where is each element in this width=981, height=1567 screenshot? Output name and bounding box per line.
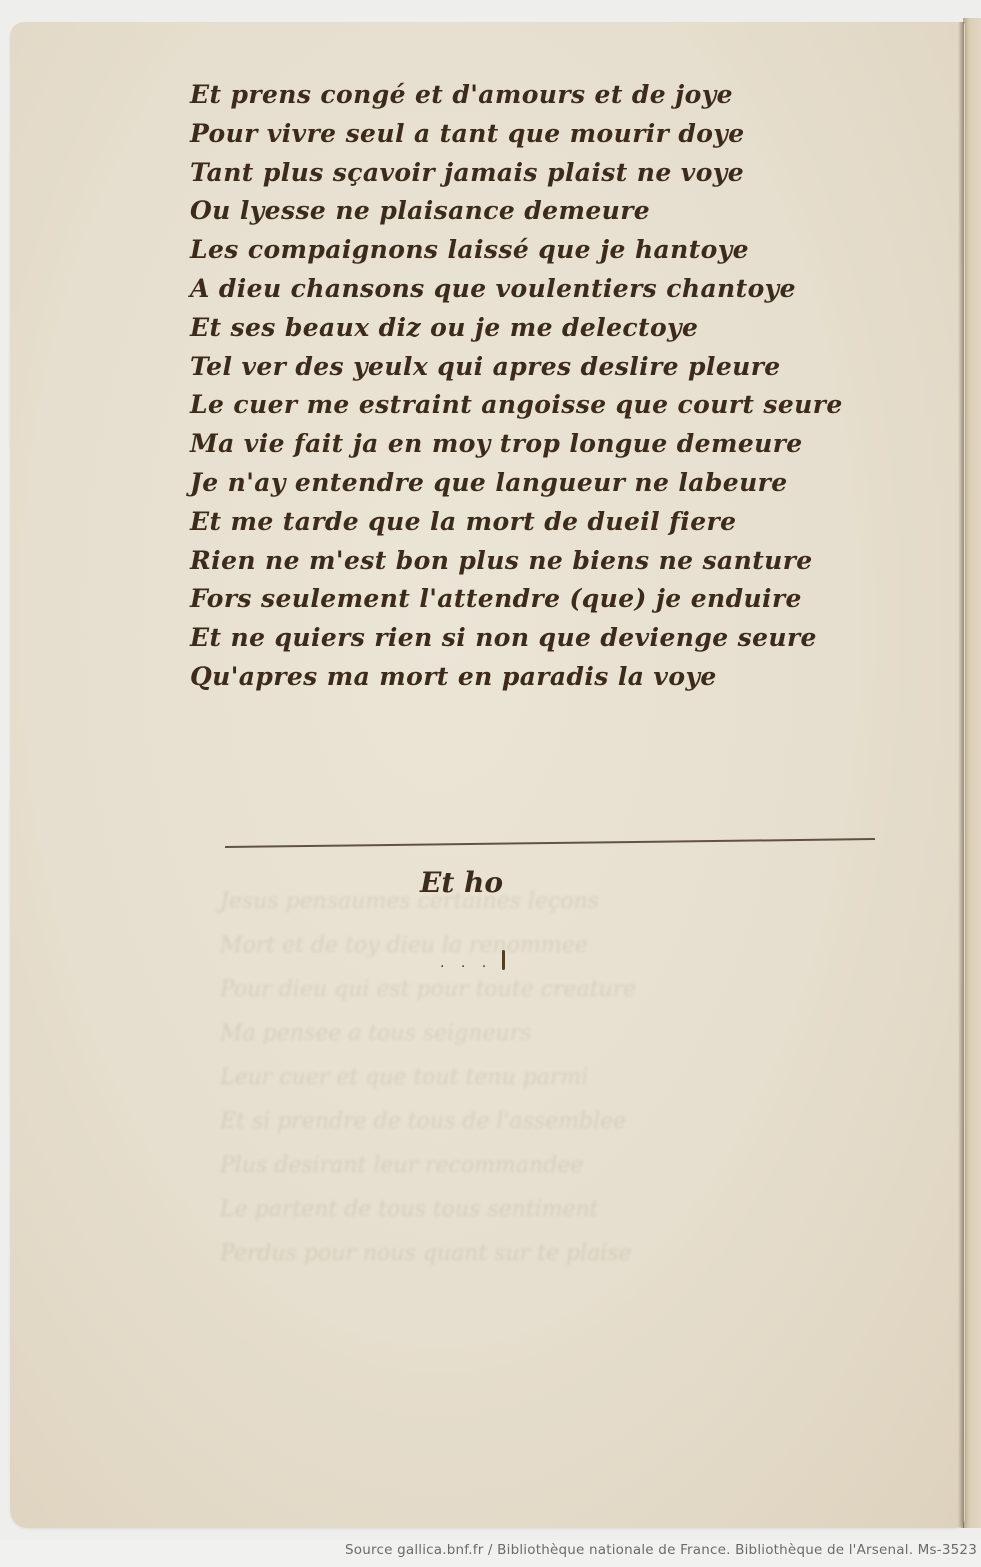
verse-line-4: Ou lyesse ne plaisance demeure [190, 192, 880, 231]
source-caption: Source gallica.bnf.fr / Bibliothèque nat… [345, 1542, 977, 1558]
verse-line-16: Qu'apres ma mort en paradis la voye [190, 658, 880, 697]
bleed-line: Perdus pour nous quant sur te plaise [220, 1232, 780, 1276]
bleed-through-text: Jesus pensaumes certaines leçons Mort et… [220, 880, 780, 1380]
bleed-line: Ma pensee a tous seigneurs [220, 1012, 780, 1056]
ink-marks: . . . [440, 955, 492, 971]
explicit-text: Et ho [420, 866, 503, 899]
bleed-line: Pour dieu qui est pour toute creature [220, 968, 780, 1012]
verse-line-9: Le cuer me estraint angoisse que court s… [190, 386, 880, 425]
verse-line-6: A dieu chansons que voulentiers chantoye [190, 270, 880, 309]
bleed-line: Leur cuer et que tout tenu parmi [220, 1056, 780, 1100]
bleed-line: Plus desirant leur recommandee [220, 1144, 780, 1188]
verse-line-2: Pour vivre seul a tant que mourir doye [190, 115, 880, 154]
binding-gutter [958, 22, 964, 1528]
verse-line-13: Rien ne m'est bon plus ne biens ne santu… [190, 542, 880, 581]
verse-line-12: Et me tarde que la mort de dueil fiere [190, 503, 880, 542]
bleed-line: Mort et de toy dieu la renommee [220, 924, 780, 968]
verse-line-11: Je n'ay entendre que langueur ne labeure [190, 464, 880, 503]
verse-line-7: Et ses beaux diz ou je me delectoye [190, 309, 880, 348]
verse-line-1: Et prens congé et d'amours et de joye [190, 76, 880, 115]
verse-line-14: Fors seulement l'attendre (que) je endui… [190, 580, 880, 619]
verse-line-8: Tel ver des yeulx qui apres deslire pleu… [190, 348, 880, 387]
facing-page-edge [963, 18, 981, 1528]
manuscript-text: Et prens congé et d'amours et de joye Po… [190, 76, 880, 697]
bleed-line: Et si prendre de tous de l'assemblee [220, 1100, 780, 1144]
verse-line-15: Et ne quiers rien si non que devienge se… [190, 619, 880, 658]
bleed-line: Le partent de tous tous sentiment [220, 1188, 780, 1232]
verse-line-5: Les compaignons laissé que je hantoye [190, 231, 880, 270]
verse-line-3: Tant plus sçavoir jamais plaist ne voye [190, 154, 880, 193]
ink-stroke [502, 950, 505, 970]
verse-line-10: Ma vie fait ja en moy trop longue demeur… [190, 425, 880, 464]
